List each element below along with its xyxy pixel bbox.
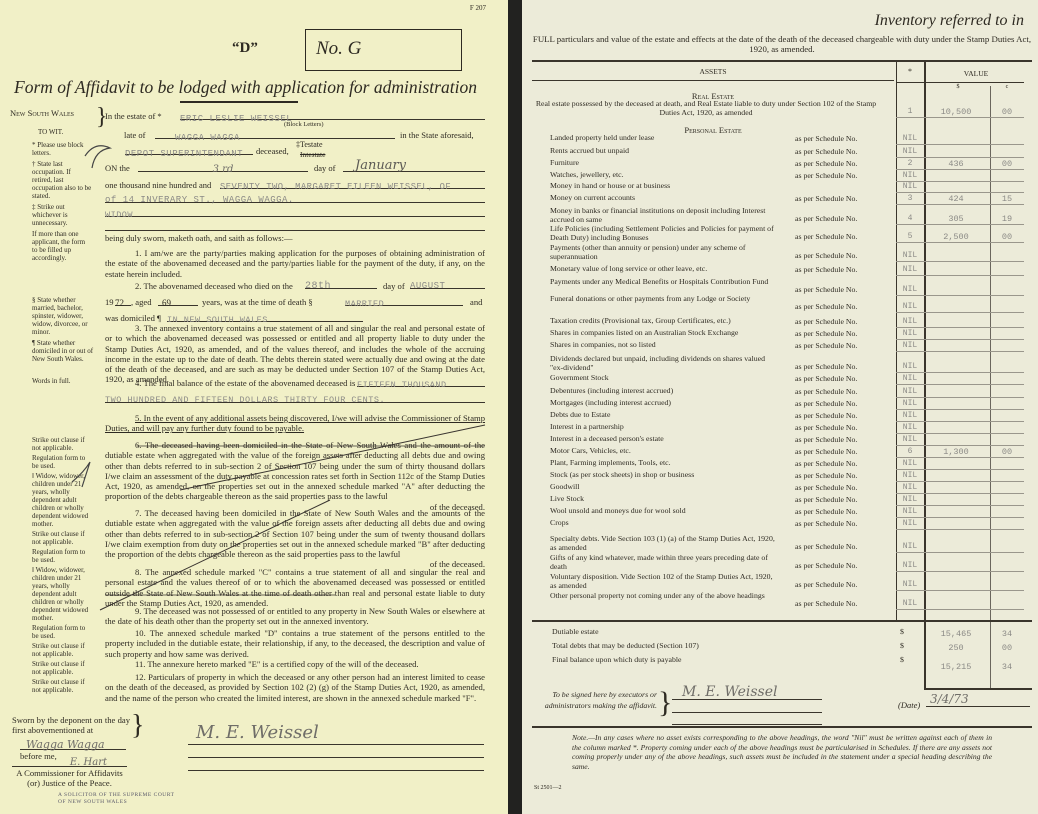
schedule-mark: 4 (896, 215, 924, 224)
per-schedule-label: as per Schedule No. (795, 460, 857, 469)
row-rule (896, 571, 1024, 572)
asset-label: Money on current accounts (550, 194, 780, 203)
asset-label: Dividends declared but unpaid, including… (550, 355, 780, 372)
per-schedule-label: as per Schedule No. (795, 581, 857, 590)
header-assets: ASSETS (532, 67, 894, 76)
header-cents: c (990, 84, 1024, 90)
asset-label: Other personal property not coming under… (550, 592, 780, 601)
asset-label: Gifts of any kind whatever, made within … (550, 554, 780, 571)
commissioner-label: A Commissioner for Affidavits (or) Justi… (12, 768, 127, 788)
per-schedule-label: as per Schedule No. (795, 400, 857, 409)
date-label: (Date) (898, 700, 920, 710)
per-schedule-label: as per Schedule No. (795, 252, 857, 261)
total-dollars: 15,465 (926, 630, 986, 639)
row-rule (896, 493, 1024, 494)
row-rule (896, 295, 1024, 296)
asset-label: Debentures (including interest accrued) (550, 387, 780, 396)
strike-through-marks (0, 0, 508, 814)
signature-line (672, 702, 822, 713)
per-schedule-label: as per Schedule No. (795, 448, 857, 457)
total-cents: 34 (992, 663, 1022, 672)
row-rule (896, 275, 1024, 276)
totals-rule (532, 620, 1032, 622)
schedule-mark: NIL (896, 183, 924, 192)
note-text: Note.—In any cases where no asset exists… (572, 733, 992, 771)
row-rule (896, 552, 1024, 553)
schedule-mark: NIL (896, 148, 924, 157)
asset-label: Taxation credits (Provisional tax, Group… (550, 317, 780, 326)
brace: } (658, 688, 672, 718)
asset-label: Money in hand or house or at business (550, 182, 780, 191)
rule (532, 726, 1032, 728)
asset-label: Payments (other than annuity or pension)… (550, 244, 780, 261)
schedule-mark: NIL (896, 436, 924, 445)
per-schedule-label: as per Schedule No. (795, 172, 857, 181)
schedule-mark: NIL (896, 412, 924, 421)
row-rule (896, 457, 1024, 458)
asset-label: Life Policies (including Settlement Poli… (550, 225, 780, 242)
asset-label: Rents accrued but unpaid (550, 147, 780, 156)
value-dollars: 424 (926, 195, 986, 204)
schedule-mark: NIL (896, 600, 924, 609)
header-mark: * (896, 67, 924, 76)
form-number: St 2501—2 (534, 785, 562, 791)
row-rule (896, 327, 1024, 328)
row-rule (896, 372, 1024, 373)
schedule-mark: NIL (896, 520, 924, 529)
row-rule (896, 144, 1024, 145)
asset-label: Money in banks or financial institutions… (550, 207, 780, 224)
value-cents: 15 (992, 195, 1022, 204)
schedule-mark: NIL (896, 252, 924, 261)
rule (896, 82, 1024, 83)
asset-label: Motor Cars, Vehicles, etc. (550, 447, 780, 456)
asset-label: Live Stock (550, 495, 780, 504)
row-rule (896, 445, 1024, 446)
schedule-mark: NIL (896, 303, 924, 312)
asset-label: Government Stock (550, 374, 780, 383)
per-schedule-label: as per Schedule No. (795, 388, 857, 397)
witness-signature: E. Hart (70, 757, 107, 768)
row-rule (896, 157, 1024, 158)
per-schedule-label: as per Schedule No. (795, 600, 857, 609)
row-rule (896, 117, 1024, 118)
row-rule (896, 529, 1024, 530)
solicitor-stamp: A SOLICITOR OF THE SUPREME COURT OF NEW … (58, 792, 178, 805)
per-schedule-label: as per Schedule No. (795, 303, 857, 312)
schedule-mark: NIL (896, 286, 924, 295)
row-rule (896, 242, 1024, 243)
asset-label: Real estate possessed by the deceased at… (526, 100, 886, 117)
asset-label: Payments under any Medical Benefits or H… (550, 278, 780, 287)
asset-label: Landed property held under lease (550, 134, 780, 143)
asset-label: Crops (550, 519, 780, 528)
row-rule (896, 505, 1024, 506)
value-cents: 00 (992, 160, 1022, 169)
row-rule (896, 384, 1024, 385)
schedule-mark: NIL (896, 318, 924, 327)
schedule-mark: NIL (896, 135, 924, 144)
sworn-place: Wagga Wagga (26, 738, 105, 751)
per-schedule-label: as per Schedule No. (795, 363, 857, 372)
signature-line (672, 714, 822, 725)
value-dollars: 305 (926, 215, 986, 224)
row-rule (896, 590, 1024, 591)
schedule-mark: NIL (896, 400, 924, 409)
row-rule (896, 339, 1024, 340)
asset-label: Plant, Farming implements, Tools, etc. (550, 459, 780, 468)
affidavit-page: F 207 “D” No. G Form of Affidavit to be … (0, 0, 508, 814)
asset-label: Furniture (550, 159, 780, 168)
asset-label: Stock (as per stock sheets) in shop or b… (550, 471, 780, 480)
schedule-mark: NIL (896, 484, 924, 493)
per-schedule-label: as per Schedule No. (795, 436, 857, 445)
per-schedule-label: as per Schedule No. (795, 375, 857, 384)
sworn-by: Sworn by the deponent on the day first a… (12, 715, 130, 735)
total-label: Dutiable estate (552, 628, 852, 637)
value-cents: 00 (992, 233, 1022, 242)
schedule-mark: NIL (896, 424, 924, 433)
row-rule (896, 169, 1024, 170)
inventory-title: Inventory referred to in (875, 12, 1024, 30)
asset-label: Funeral donations or other payments from… (550, 295, 780, 304)
per-schedule-label: as per Schedule No. (795, 496, 857, 505)
total-cents: 00 (992, 644, 1022, 653)
row-rule (896, 224, 1024, 225)
per-schedule-label: as per Schedule No. (795, 342, 857, 351)
row-rule (896, 609, 1024, 610)
currency-symbol: $ (900, 656, 904, 665)
inventory-page: Inventory referred to in FULL particular… (522, 0, 1038, 814)
row-rule (896, 204, 1024, 205)
schedule-mark: NIL (896, 562, 924, 571)
asset-label: Specialty debts. Vide Section 103 (1) (a… (550, 535, 780, 552)
schedule-mark: NIL (896, 543, 924, 552)
schedule-mark: 1 (896, 108, 924, 117)
schedule-mark: NIL (896, 172, 924, 181)
per-schedule-label: as per Schedule No. (795, 135, 857, 144)
asset-label: Wool unsold and moneys due for wool sold (550, 507, 780, 516)
book-gutter (508, 0, 522, 814)
schedule-mark: NIL (896, 266, 924, 275)
per-schedule-label: as per Schedule No. (795, 472, 857, 481)
asset-label: Interest in a deceased person's estate (550, 435, 780, 444)
per-schedule-label: as per Schedule No. (795, 160, 857, 169)
per-schedule-label: as per Schedule No. (795, 330, 857, 339)
schedule-mark: NIL (896, 342, 924, 351)
per-schedule-label: as per Schedule No. (795, 148, 857, 157)
row-rule (896, 397, 1024, 398)
per-schedule-label: as per Schedule No. (795, 543, 857, 552)
value-cents: 19 (992, 215, 1022, 224)
schedule-mark: NIL (896, 472, 924, 481)
per-schedule-label: as per Schedule No. (795, 520, 857, 529)
row-rule (896, 481, 1024, 482)
asset-label: Watches, jewellery, etc. (550, 171, 780, 180)
total-dollars: 15,215 (926, 663, 986, 672)
rule (532, 80, 894, 81)
asset-label: Voluntary disposition. Vide Section 102 … (550, 573, 780, 590)
row-rule (896, 261, 1024, 262)
schedule-mark: NIL (896, 330, 924, 339)
signature-note: To be signed here by executors or admini… (532, 689, 657, 711)
signature-line (188, 747, 484, 758)
schedule-mark: 3 (896, 195, 924, 204)
asset-label: Shares in companies listed on an Austral… (550, 329, 780, 338)
asset-label: Shares in companies, not so listed (550, 341, 780, 350)
per-schedule-label: as per Schedule No. (795, 286, 857, 295)
row-rule (896, 433, 1024, 434)
row-rule (896, 409, 1024, 410)
total-dollars: 250 (926, 644, 986, 653)
deponent-signature: M. E. Weissel (196, 722, 319, 743)
total-label: Total debts that may be deducted (Sectio… (552, 642, 852, 651)
row-rule (896, 421, 1024, 422)
schedule-mark: 5 (896, 233, 924, 242)
schedule-mark: NIL (896, 388, 924, 397)
asset-label: Monetary value of long service or other … (550, 265, 780, 274)
asset-label: Mortgages (including interest accrued) (550, 399, 780, 408)
per-schedule-label: as per Schedule No. (795, 412, 857, 421)
column-rule (990, 86, 991, 688)
value-cents: 00 (992, 448, 1022, 457)
asset-label: Interest in a partnership (550, 423, 780, 432)
inventory-subtitle: FULL particulars and value of the estate… (532, 34, 1032, 54)
row-rule (896, 517, 1024, 518)
per-schedule-label: as per Schedule No. (795, 318, 857, 327)
total-label: Final balance upon which duty is payable (552, 656, 852, 665)
row-rule (896, 351, 1024, 352)
per-schedule-label: as per Schedule No. (795, 195, 857, 204)
header-dollars: $ (926, 84, 990, 90)
row-rule (896, 469, 1024, 470)
value-dollars: 10,500 (926, 108, 986, 117)
brace: } (131, 712, 144, 740)
schedule-mark: 2 (896, 160, 924, 169)
per-schedule-label: as per Schedule No. (795, 484, 857, 493)
per-schedule-label: as per Schedule No. (795, 508, 857, 517)
value-dollars: 1,300 (926, 448, 986, 457)
value-cents: 00 (992, 108, 1022, 117)
schedule-mark: NIL (896, 496, 924, 505)
table-top-rule (532, 60, 1032, 62)
row-rule (896, 312, 1024, 313)
per-schedule-label: as per Schedule No. (795, 424, 857, 433)
currency-symbol: $ (900, 628, 904, 637)
asset-label: Debts due to Estate (550, 411, 780, 420)
signature-line (188, 760, 484, 771)
per-schedule-label: as per Schedule No. (795, 233, 857, 242)
header-value: VALUE (926, 69, 1026, 78)
column-rule (924, 60, 926, 688)
schedule-mark: NIL (896, 581, 924, 590)
row-rule (896, 192, 1024, 193)
schedule-mark: NIL (896, 363, 924, 372)
schedule-mark: NIL (896, 508, 924, 517)
schedule-mark: 6 (896, 448, 924, 457)
schedule-mark: NIL (896, 460, 924, 469)
value-dollars: 436 (926, 160, 986, 169)
executor-signature: M. E. Weissel (682, 684, 778, 700)
date-value: 3/4/73 (930, 692, 969, 706)
total-cents: 34 (992, 630, 1022, 639)
asset-label: Goodwill (550, 483, 780, 492)
per-schedule-label: as per Schedule No. (795, 215, 857, 224)
currency-symbol: $ (900, 642, 904, 651)
schedule-mark: NIL (896, 375, 924, 384)
value-dollars: 2,500 (926, 233, 986, 242)
per-schedule-label: as per Schedule No. (795, 562, 857, 571)
per-schedule-label: as per Schedule No. (795, 266, 857, 275)
